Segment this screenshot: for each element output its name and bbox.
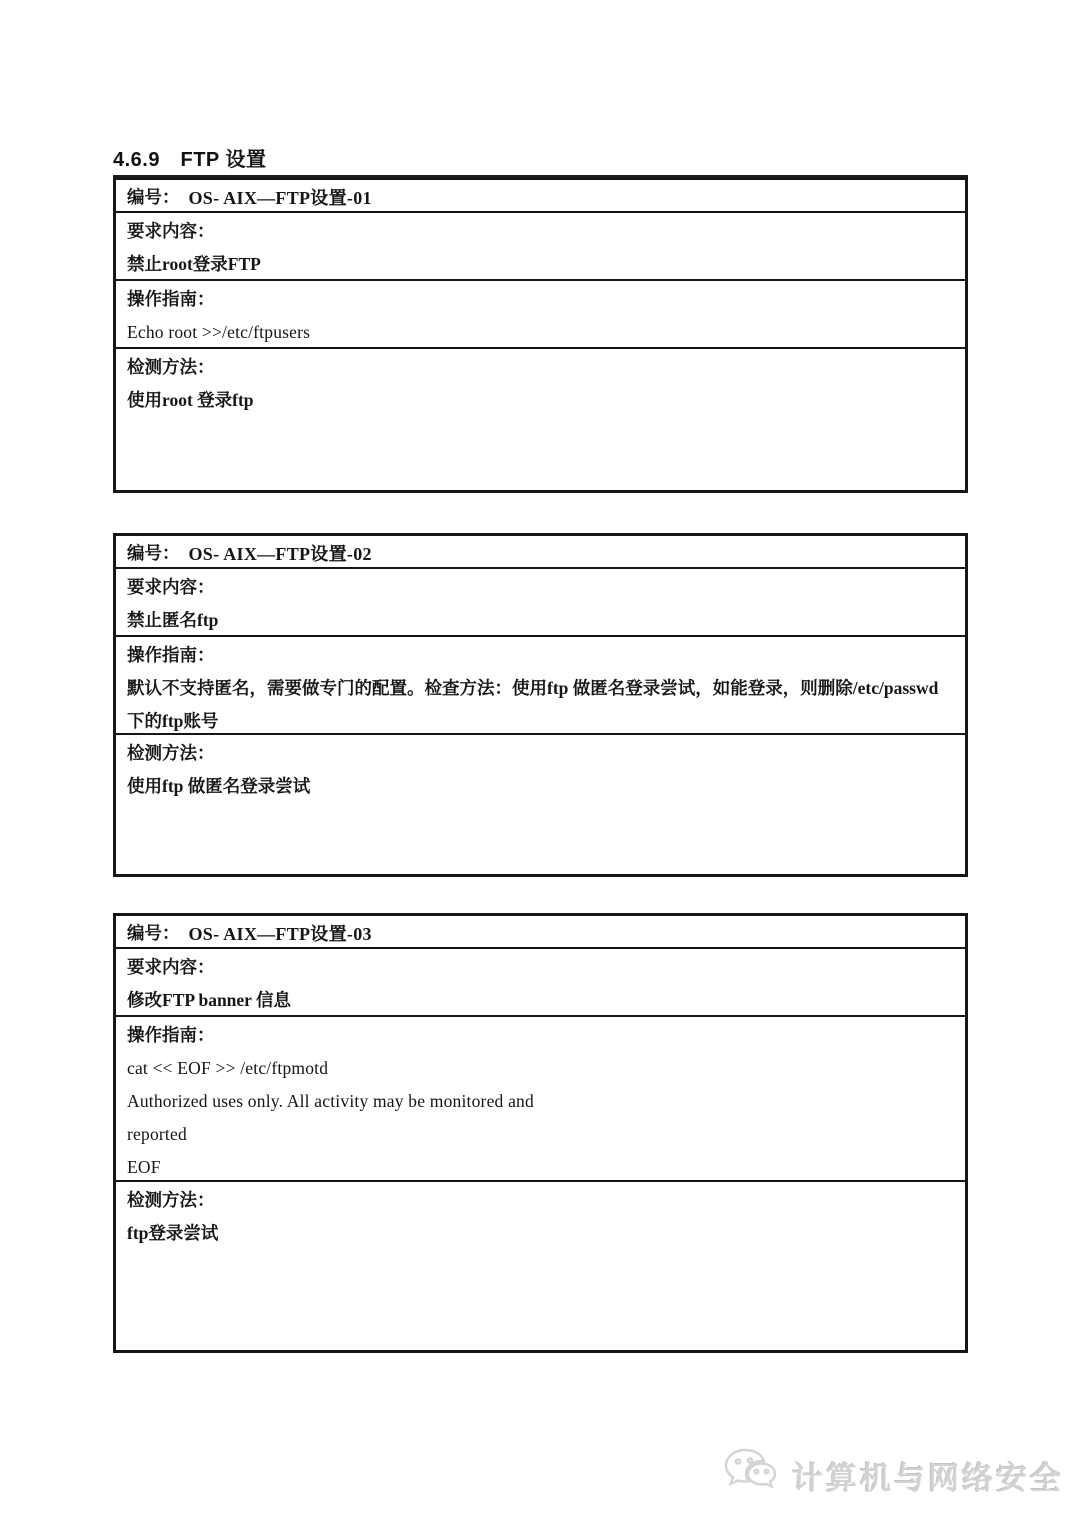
id-value: OS- AIX—FTP设置-02 — [189, 540, 372, 566]
id-value: OS- AIX—FTP设置-03 — [189, 920, 372, 946]
table-row-requirement: 要求内容： 修改FTP banner 信息 — [116, 947, 965, 1015]
requirement-text: 禁止root登录FTP — [127, 248, 953, 279]
table-row-detection: 检测方法： 使用root 登录ftp — [116, 347, 965, 490]
operation-text: cat << EOF >> /etc/ftpmotd — [127, 1052, 953, 1085]
table-row-operation: 操作指南： cat << EOF >> /etc/ftpmotd Authori… — [116, 1015, 965, 1180]
spec-table-ftp-02: 编号： OS- AIX—FTP设置-02 要求内容： 禁止匿名ftp 操作指南：… — [113, 533, 968, 877]
detection-text: 使用ftp 做匿名登录尝试 — [127, 770, 953, 803]
operation-label: 操作指南： — [127, 639, 953, 672]
table-row-id: 编号： OS- AIX—FTP设置-01 — [116, 180, 965, 211]
requirement-label: 要求内容： — [127, 215, 953, 248]
id-label: 编号： — [127, 540, 180, 565]
table-row-detection: 检测方法： 使用ftp 做匿名登录尝试 — [116, 733, 965, 874]
watermark: 计算机与网络安全 — [722, 1447, 1064, 1504]
operation-text: 下的ftp账号 — [127, 705, 953, 733]
requirement-label: 要求内容： — [127, 951, 953, 984]
operation-text: 默认不支持匿名，需要做专门的配置。检查方法：使用ftp 做匿名登录尝试，如能登录… — [127, 672, 953, 705]
detection-label: 检测方法： — [127, 351, 953, 384]
operation-text: Authorized uses only. All activity may b… — [127, 1085, 953, 1118]
table-row-requirement: 要求内容： 禁止匿名ftp — [116, 567, 965, 635]
requirement-label: 要求内容： — [127, 571, 953, 604]
detection-label: 检测方法： — [127, 1184, 953, 1217]
operation-text: EOF — [127, 1151, 953, 1180]
table-row-id: 编号： OS- AIX—FTP设置-03 — [116, 916, 965, 947]
spec-table-ftp-03: 编号： OS- AIX—FTP设置-03 要求内容： 修改FTP banner … — [113, 913, 968, 1353]
operation-text: Echo root >>/etc/ftpusers — [127, 316, 953, 347]
requirement-text: 修改FTP banner 信息 — [127, 984, 953, 1015]
requirement-text: 禁止匿名ftp — [127, 604, 953, 635]
operation-text: reported — [127, 1118, 953, 1151]
section-heading: 4.6.9 FTP 设置 — [113, 143, 968, 177]
detection-text: 使用root 登录ftp — [127, 384, 953, 417]
id-label: 编号： — [127, 920, 180, 945]
id-label: 编号： — [127, 184, 180, 209]
id-value: OS- AIX—FTP设置-01 — [189, 184, 372, 210]
table-row-detection: 检测方法： ftp登录尝试 — [116, 1180, 965, 1350]
watermark-text: 计算机与网络安全 — [792, 1453, 1064, 1498]
operation-label: 操作指南： — [127, 283, 953, 316]
wechat-icon — [722, 1447, 782, 1504]
detection-label: 检测方法： — [127, 737, 953, 770]
table-row-operation: 操作指南： Echo root >>/etc/ftpusers — [116, 279, 965, 347]
document-page: 4.6.9 FTP 设置 编号： OS- AIX—FTP设置-01 要求内容： … — [0, 0, 1080, 1526]
operation-label: 操作指南： — [127, 1019, 953, 1052]
table-row-requirement: 要求内容： 禁止root登录FTP — [116, 211, 965, 279]
table-row-id: 编号： OS- AIX—FTP设置-02 — [116, 536, 965, 567]
table-row-operation: 操作指南： 默认不支持匿名，需要做专门的配置。检查方法：使用ftp 做匿名登录尝… — [116, 635, 965, 733]
spec-table-ftp-01: 编号： OS- AIX—FTP设置-01 要求内容： 禁止root登录FTP 操… — [113, 177, 968, 493]
detection-text: ftp登录尝试 — [127, 1217, 953, 1250]
